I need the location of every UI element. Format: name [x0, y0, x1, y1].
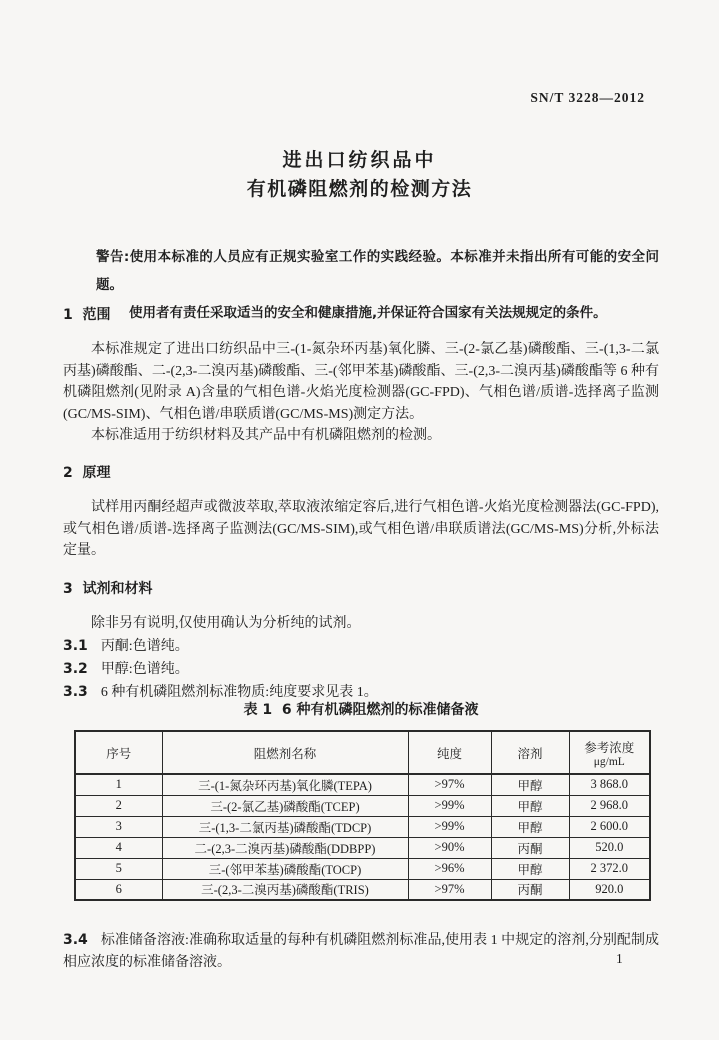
cell-solvent: 甲醇	[491, 774, 569, 795]
col-header-purity: 纯度	[408, 731, 491, 774]
cell-seq: 3	[75, 816, 162, 837]
cell-seq: 1	[75, 774, 162, 795]
clause-3-3-text: 6 种有机磷阻燃剂标准物质:纯度要求见表 1。	[101, 685, 378, 700]
table-1-caption: 表 1 6 种有机磷阻燃剂的标准储备液	[63, 699, 659, 719]
section-scope-heading: 1 范围	[63, 304, 659, 324]
cell-solvent: 丙酮	[491, 879, 569, 900]
section-reagents-heading: 3 试剂和材料	[63, 578, 659, 598]
table-row: 6 三-(2,3-二溴丙基)磷酸酯(TRIS) >97% 丙酮 920.0	[75, 879, 650, 900]
clause-3-1-number: 3.1	[63, 638, 88, 654]
cell-concentration: 920.0	[569, 879, 650, 900]
col-header-concentration: 参考浓度 μg/mL	[569, 731, 650, 774]
col-header-solvent: 溶剂	[491, 731, 569, 774]
title-line-2: 有机磷阻燃剂的检测方法	[0, 175, 719, 204]
cell-seq: 5	[75, 858, 162, 879]
col-header-name: 阻燃剂名称	[162, 731, 408, 774]
clause-3-2-number: 3.2	[63, 661, 88, 677]
clause-3-3-number: 3.3	[63, 684, 88, 700]
standard-number: SN/T 3228—2012	[530, 90, 645, 106]
cell-name: 三-(邻甲苯基)磷酸酯(TOCP)	[162, 858, 408, 879]
cell-seq: 6	[75, 879, 162, 900]
principle-paragraph: 试样用丙酮经超声或微波萃取,萃取液浓缩定容后,进行气相色谱-火焰光度检测器法(G…	[63, 497, 659, 562]
table-row: 3 三-(1,3-二氯丙基)磷酸酯(TDCP) >99% 甲醇 2 600.0	[75, 816, 650, 837]
clause-3-4-text: 标准储备溶液:准确称取适量的每种有机磷阻燃剂标准品,使用表 1 中规定的溶剂,分…	[63, 933, 659, 970]
cell-solvent: 丙酮	[491, 837, 569, 858]
cell-solvent: 甲醇	[491, 858, 569, 879]
cell-name: 三-(2-氯乙基)磷酸酯(TCEP)	[162, 795, 408, 816]
clause-3-4-number: 3.4	[63, 932, 88, 948]
cell-concentration: 520.0	[569, 837, 650, 858]
document-page: SN/T 3228—2012 进出口纺织品中 有机磷阻燃剂的检测方法 警告:使用…	[0, 0, 719, 1040]
title-line-1: 进出口纺织品中	[0, 146, 719, 175]
table-1-block: 表 1 6 种有机磷阻燃剂的标准储备液 序号 阻燃剂名称 纯度 溶剂 参考浓度 …	[63, 699, 659, 901]
scope-paragraph-2: 本标准适用于纺织材料及其产品中有机磷阻燃剂的检测。	[63, 425, 659, 447]
table-header-row: 序号 阻燃剂名称 纯度 溶剂 参考浓度 μg/mL	[75, 731, 650, 774]
cell-concentration: 2 372.0	[569, 858, 650, 879]
cell-name: 三-(2,3-二溴丙基)磷酸酯(TRIS)	[162, 879, 408, 900]
scope-paragraph-1: 本标准规定了进出口纺织品中三-(1-氮杂环丙基)氧化膦、三-(2-氯乙基)磷酸酯…	[63, 339, 659, 425]
cell-name: 三-(1,3-二氯丙基)磷酸酯(TDCP)	[162, 816, 408, 837]
cell-purity: >96%	[408, 858, 491, 879]
cell-solvent: 甲醇	[491, 816, 569, 837]
table-1: 序号 阻燃剂名称 纯度 溶剂 参考浓度 μg/mL 1 三-(1-氮杂环丙基)氧…	[74, 730, 651, 901]
cell-solvent: 甲醇	[491, 795, 569, 816]
page-number: 1	[616, 951, 623, 967]
col-header-seq: 序号	[75, 731, 162, 774]
clause-3-4: 3.4标准储备溶液:准确称取适量的每种有机磷阻燃剂标准品,使用表 1 中规定的溶…	[63, 929, 659, 974]
col-header-concentration-unit: μg/mL	[572, 756, 648, 768]
cell-concentration: 2 968.0	[569, 795, 650, 816]
col-header-concentration-label: 参考浓度	[572, 738, 648, 756]
cell-purity: >97%	[408, 774, 491, 795]
clause-3-2-text: 甲醇:色谱纯。	[101, 662, 189, 677]
table-row: 1 三-(1-氮杂环丙基)氧化膦(TEPA) >97% 甲醇 3 868.0	[75, 774, 650, 795]
section-principle: 2 原理 试样用丙酮经超声或微波萃取,萃取液浓缩定容后,进行气相色谱-火焰光度检…	[63, 462, 659, 562]
cell-purity: >90%	[408, 837, 491, 858]
warning-line-1: 警告:使用本标准的人员应有正规实验室工作的实践经验。本标准并未指出所有可能的安全…	[96, 243, 659, 299]
cell-concentration: 2 600.0	[569, 816, 650, 837]
table-row: 4 二-(2,3-二溴丙基)磷酸酯(DDBPP) >90% 丙酮 520.0	[75, 837, 650, 858]
cell-name: 二-(2,3-二溴丙基)磷酸酯(DDBPP)	[162, 837, 408, 858]
clause-3-1: 3.1丙酮:色谱纯。	[63, 635, 659, 658]
clause-3-2: 3.2甲醇:色谱纯。	[63, 658, 659, 681]
table-row: 2 三-(2-氯乙基)磷酸酯(TCEP) >99% 甲醇 2 968.0	[75, 795, 650, 816]
cell-name: 三-(1-氮杂环丙基)氧化膦(TEPA)	[162, 774, 408, 795]
section-principle-heading: 2 原理	[63, 462, 659, 482]
cell-purity: >97%	[408, 879, 491, 900]
section-scope: 1 范围 本标准规定了进出口纺织品中三-(1-氮杂环丙基)氧化膦、三-(2-氯乙…	[63, 304, 659, 447]
document-title: 进出口纺织品中 有机磷阻燃剂的检测方法	[0, 146, 719, 204]
cell-seq: 4	[75, 837, 162, 858]
cell-concentration: 3 868.0	[569, 774, 650, 795]
section-reagents: 3 试剂和材料 除非另有说明,仅使用确认为分析纯的试剂。 3.1丙酮:色谱纯。 …	[63, 578, 659, 704]
cell-seq: 2	[75, 795, 162, 816]
table-row: 5 三-(邻甲苯基)磷酸酯(TOCP) >96% 甲醇 2 372.0	[75, 858, 650, 879]
cell-purity: >99%	[408, 795, 491, 816]
clause-3-1-text: 丙酮:色谱纯。	[101, 639, 189, 654]
cell-purity: >99%	[408, 816, 491, 837]
reagents-intro: 除非另有说明,仅使用确认为分析纯的试剂。	[63, 613, 659, 635]
